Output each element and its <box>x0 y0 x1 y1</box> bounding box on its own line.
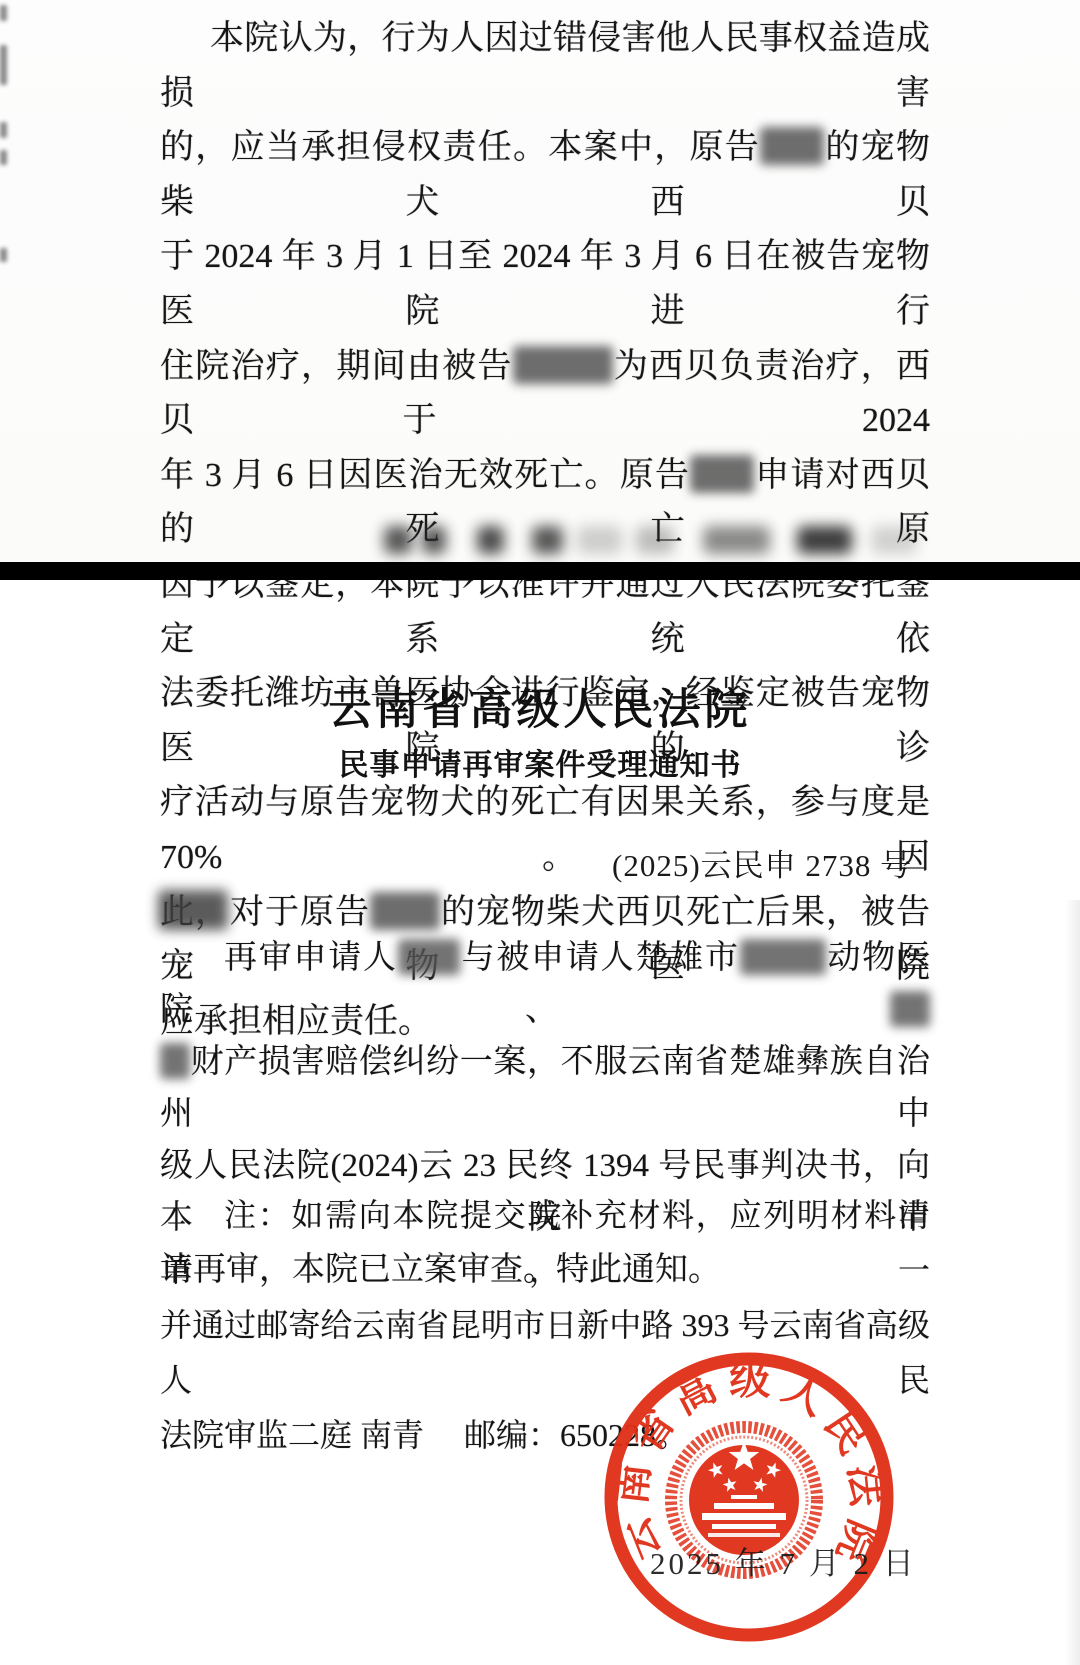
image-divider-bar <box>0 562 1080 580</box>
text-segment: 财产损害赔偿纠纷一案，不服云南省楚雄彝族自治州中 <box>160 1044 930 1132</box>
scan-smudge <box>0 45 7 85</box>
photo-edge-shadow <box>1065 900 1080 1665</box>
redacted-text <box>477 526 504 554</box>
redacted-text <box>370 892 440 930</box>
text-line: 财产损害赔偿纠纷一案，不服云南省楚雄彝族自治州中 <box>160 1036 930 1140</box>
text-segment: 本院认为，行为人因过错侵害他人民事权益造成损害 <box>160 20 930 112</box>
redacted-text <box>398 939 460 975</box>
text-line: 住院治疗，期间由被告为西贝负责治疗，西贝于 2024 <box>160 340 930 449</box>
scan-smudge <box>0 150 7 165</box>
seal-graphic: 云南省高级人民法院 <box>596 1344 902 1650</box>
notice-title: 民事申请再审案件受理通知书 <box>0 740 1080 784</box>
text-segment: 于 2024 年 3 月 1 日至 2024 年 3 月 6 日在被告宠物医院进… <box>160 238 930 330</box>
redacted-text <box>740 939 826 975</box>
redacted-applicant-name <box>158 890 228 930</box>
case-number: (2025)云民申 2738 号 <box>612 840 912 885</box>
scan-smudge <box>0 248 7 262</box>
text-line: 再审申请人与被申请人楚雄市动物医院、 <box>160 932 930 1036</box>
official-court-seal: 云南省高级人民法院 <box>596 1344 902 1650</box>
redacted-text <box>384 526 412 554</box>
redacted-text <box>160 1043 190 1079</box>
text-line: 本院认为，行为人因过错侵害他人民事权益造成损害 <box>160 12 930 121</box>
text-segment: 注：如需向本院提交或补充材料，应列明材料清单，一 <box>160 1197 930 1288</box>
scan-smudge <box>0 5 7 21</box>
scan-smudge <box>0 122 7 138</box>
notice-date: 2025 年 7 月 2 日 <box>650 1538 917 1583</box>
redacted-text <box>513 346 613 384</box>
text-segment: 再审申请人 <box>224 940 398 976</box>
text-segment: 的，应当承担侵权责任。本案中，原告 <box>160 129 760 166</box>
redacted-text <box>797 526 852 554</box>
court-name-heading: 云南省高级人民法院 <box>0 676 1080 737</box>
redacted-text <box>636 526 674 554</box>
redacted-text <box>422 526 446 554</box>
text-line: 于 2024 年 3 月 1 日至 2024 年 3 月 6 日在被告宠物医院进… <box>160 230 930 339</box>
court-document-page: 本院认为，行为人因过错侵害他人民事权益造成损害的，应当承担侵权责任。本案中，原告… <box>0 0 1080 1665</box>
text-line: 注：如需向本院提交或补充材料，应列明材料清单，一 <box>160 1188 930 1298</box>
redacted-text <box>577 526 622 554</box>
redacted-text <box>871 526 917 554</box>
redacted-text <box>760 127 824 165</box>
text-line: 的，应当承担侵权责任。本案中，原告的宠物柴犬西贝 <box>160 121 930 230</box>
redacted-text <box>890 991 930 1027</box>
redacted-text <box>532 526 563 554</box>
text-segment: 年 3 月 6 日因医治无效死亡。原告 <box>160 457 690 494</box>
text-segment: 与被申请人楚雄市 <box>460 940 740 976</box>
redacted-text <box>690 455 754 493</box>
text-segment: 住院治疗，期间由被告 <box>160 348 513 385</box>
redacted-text <box>703 526 770 554</box>
redacted-signature-row <box>0 526 1080 558</box>
